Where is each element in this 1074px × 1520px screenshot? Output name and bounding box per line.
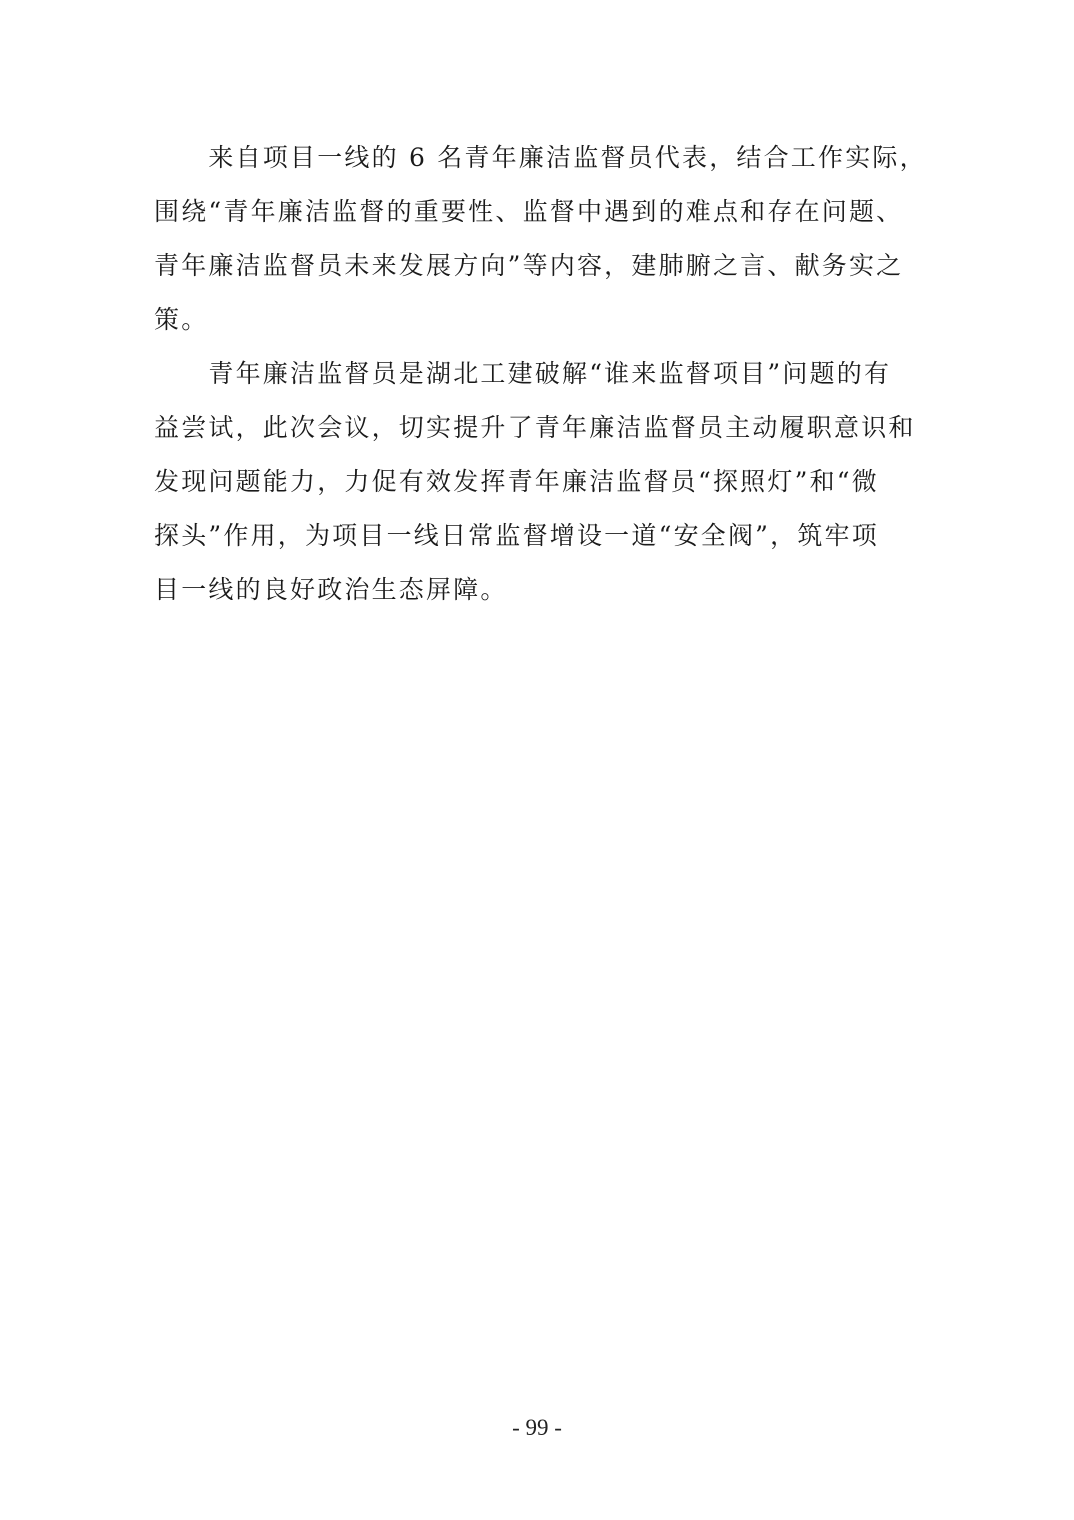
document-page: 来自项目一线的 6 名青年廉洁监督员代表，结合工作实际， 围绕“青年廉洁监督的重… [0,0,1074,1520]
text-line: 发现问题能力，力促有效发挥青年廉洁监督员“探照灯”和“微 [154,458,922,512]
paragraph-1: 来自项目一线的 6 名青年廉洁监督员代表，结合工作实际， 围绕“青年廉洁监督的重… [154,134,922,350]
paragraph-2: 青年廉洁监督员是湖北工建破解“谁来监督项目”问题的有 益尝试，此次会议，切实提升… [154,350,922,620]
text-line: 策。 [154,296,922,350]
text-line: 益尝试，此次会议，切实提升了青年廉洁监督员主动履职意识和 [154,404,922,458]
text-line: 青年廉洁监督员是湖北工建破解“谁来监督项目”问题的有 [154,350,922,404]
text-line: 来自项目一线的 6 名青年廉洁监督员代表，结合工作实际， [154,134,922,188]
body-text: 来自项目一线的 6 名青年廉洁监督员代表，结合工作实际， 围绕“青年廉洁监督的重… [154,134,922,620]
page-number: - 99 - [0,1415,1074,1441]
text-line: 目一线的良好政治生态屏障。 [154,566,922,620]
text-line: 探头”作用，为项目一线日常监督增设一道“安全阀”，筑牢项 [154,512,922,566]
text-line: 青年廉洁监督员未来发展方向”等内容，建肺腑之言、献务实之 [154,242,922,296]
text-line: 围绕“青年廉洁监督的重要性、监督中遇到的难点和存在问题、 [154,188,922,242]
